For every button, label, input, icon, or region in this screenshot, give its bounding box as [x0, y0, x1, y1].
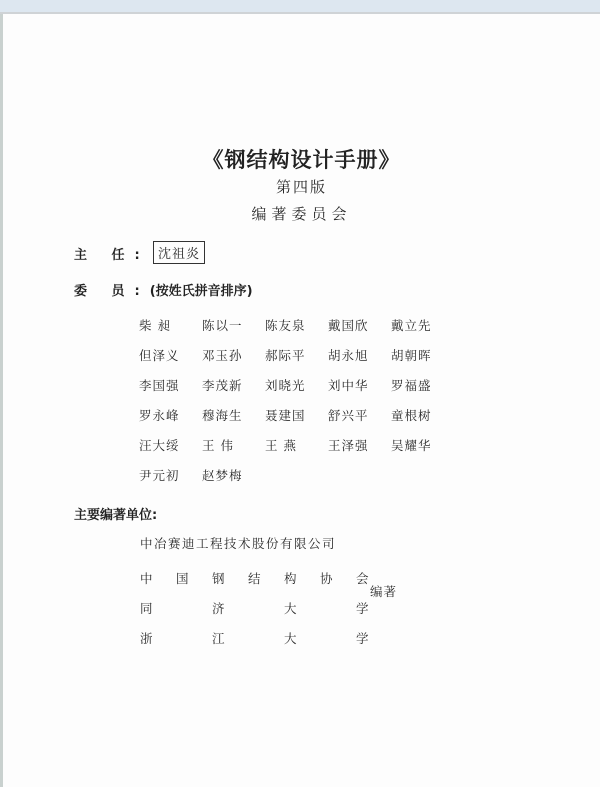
book-title: 《钢结构设计手册》 [3, 144, 600, 174]
unit-char: 协 [320, 569, 356, 587]
members-row: 汪大绥 王 伟 王 燕 王泽强 吴耀华 [139, 430, 454, 460]
member-name: 李国强 [139, 376, 202, 394]
member-name: 王 伟 [202, 436, 265, 454]
members-sort-note: (按姓氏拼音排序) [150, 284, 253, 299]
member-name: 戴立先 [391, 316, 454, 334]
unit-char: 大 [284, 599, 356, 617]
unit-row: 中 国 钢 结 构 协 会 [140, 563, 392, 593]
member-name: 胡朝晖 [391, 346, 454, 364]
units-label: 主要编著单位: [74, 504, 157, 523]
member-name: 王泽强 [328, 436, 391, 454]
member-name: 舒兴平 [328, 406, 391, 424]
unit-char: 同 [140, 599, 212, 617]
member-name: 刘中华 [328, 376, 391, 394]
edition-label: 第四版 [3, 176, 600, 197]
member-name: 罗永峰 [139, 406, 202, 424]
member-name: 吴耀华 [391, 436, 454, 454]
unit-char: 学 [356, 629, 392, 647]
unit-char: 江 [212, 629, 284, 647]
member-name: 王 燕 [265, 436, 328, 454]
unit-char: 济 [212, 599, 284, 617]
members-row: 但泽义 邓玉孙 郝际平 胡永旭 胡朝晖 [139, 340, 454, 370]
members-label-text: 委 员: [74, 284, 150, 299]
members-row: 尹元初 赵梦梅 [139, 460, 454, 490]
member-name: 陈友泉 [265, 316, 328, 334]
unit-char: 国 [176, 569, 212, 587]
committee-heading: 编著委员会 [3, 203, 600, 224]
unit-char: 浙 [140, 629, 212, 647]
member-name: 穆海生 [202, 406, 265, 424]
members-list: 柴 昶 陈以一 陈友泉 戴国欣 戴立先 但泽义 邓玉孙 郝际平 胡永旭 胡朝晖 … [139, 310, 454, 490]
member-name: 罗福盛 [391, 376, 454, 394]
member-name: 陈以一 [202, 316, 265, 334]
unit-char: 结 [248, 569, 284, 587]
member-name: 郝际平 [265, 346, 328, 364]
members-row: 罗永峰 穆海生 聂建国 舒兴平 童根树 [139, 400, 454, 430]
editor-role-label: 编著 [370, 582, 397, 600]
unit-char: 钢 [212, 569, 248, 587]
director-label: 主 任: [74, 244, 150, 263]
unit-char: 大 [284, 629, 356, 647]
member-name: 邓玉孙 [202, 346, 265, 364]
unit-name: 中冶赛迪工程技术股份有限公司 [140, 534, 336, 552]
unit-char: 学 [356, 599, 392, 617]
member-name: 戴国欣 [328, 316, 391, 334]
member-name: 汪大绥 [139, 436, 202, 454]
members-row: 李国强 李茂新 刘晓光 刘中华 罗福盛 [139, 370, 454, 400]
unit-row: 同 济 大 学 [140, 593, 392, 623]
member-name: 柴 昶 [139, 316, 202, 334]
member-name: 尹元初 [139, 466, 202, 484]
director-name: 沈祖炎 [153, 241, 205, 264]
member-name: 李茂新 [202, 376, 265, 394]
document-page: 《钢结构设计手册》 第四版 编著委员会 主 任: 沈祖炎 委 员:(按姓氏拼音排… [3, 14, 600, 787]
unit-row: 浙 江 大 学 [140, 623, 392, 653]
member-name: 聂建国 [265, 406, 328, 424]
members-label: 委 员:(按姓氏拼音排序) [74, 280, 253, 299]
member-name: 但泽义 [139, 346, 202, 364]
unit-char: 中 [140, 569, 176, 587]
member-name: 胡永旭 [328, 346, 391, 364]
members-row: 柴 昶 陈以一 陈友泉 戴国欣 戴立先 [139, 310, 454, 340]
member-name: 刘晓光 [265, 376, 328, 394]
units-grid: 中 国 钢 结 构 协 会 同 济 大 学 浙 江 大 学 [140, 563, 392, 653]
viewer-toolbar-strip [0, 0, 600, 12]
member-name: 赵梦梅 [202, 466, 265, 484]
member-name: 童根树 [391, 406, 454, 424]
unit-char: 构 [284, 569, 320, 587]
